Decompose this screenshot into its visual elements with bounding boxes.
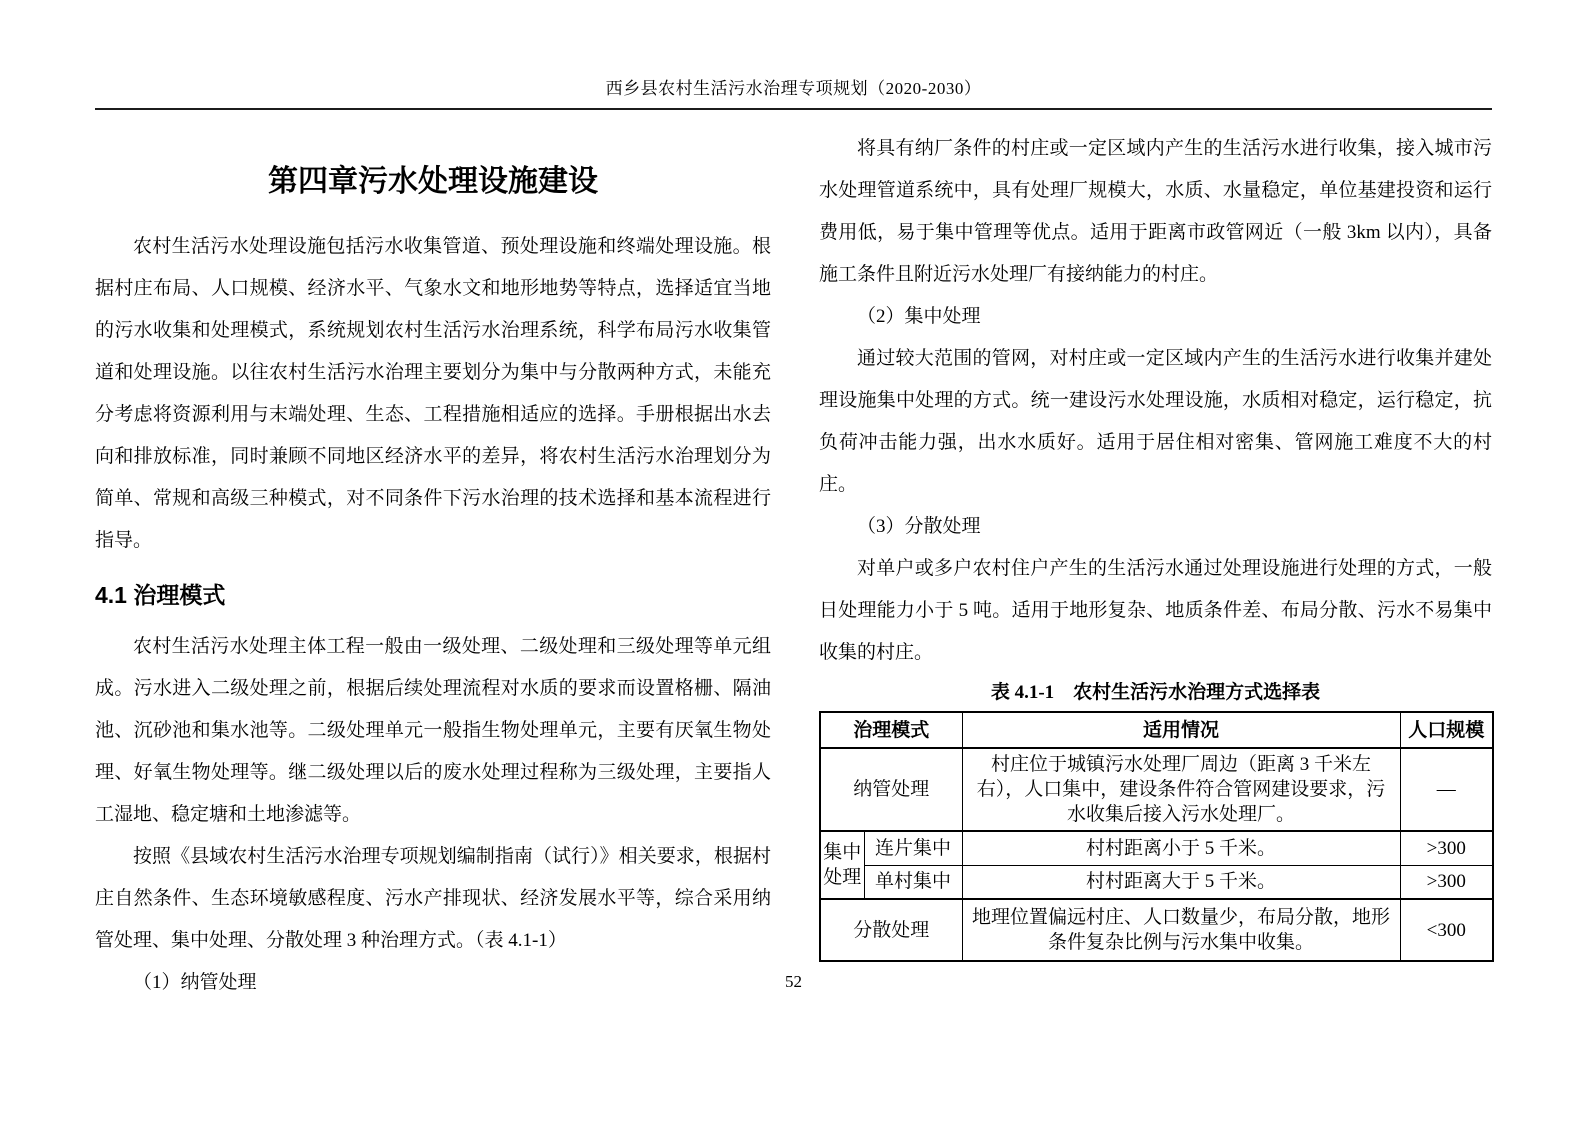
item-heading-2: （2）集中处理 <box>819 296 1492 338</box>
table-caption: 表 4.1-1 农村生活污水治理方式选择表 <box>819 680 1492 706</box>
table-row-dancun: 单村集中 村村距离大于 5 千米。 >300 <box>820 865 1493 899</box>
left-column: 第四章污水处理设施建设 农村生活污水处理设施包括污水收集管道、预处理设施和终端处… <box>95 128 771 1004</box>
paragraph-pipe-connection: 将具有纳厂条件的村庄或一定区域内产生的生活污水进行收集，接入城市污水处理管道系统… <box>819 128 1492 296</box>
paragraph-guideline: 按照《县域农村生活污水治理专项规划编制指南（试行）》相关要求，根据村庄自然条件、… <box>95 836 771 962</box>
cell-situation: 村村距离小于 5 千米。 <box>962 831 1400 865</box>
table-row-naguan: 纳管处理 村庄位于城镇污水处理厂周边（距离 3 千米左右），人口集中，建设条件符… <box>820 748 1493 831</box>
paragraph-intro: 农村生活污水处理设施包括污水收集管道、预处理设施和终端处理设施。根据村庄布局、人… <box>95 226 771 562</box>
paragraph-treatment-units: 农村生活污水处理主体工程一般由一级处理、二级处理和三级处理等单元组成。污水进入二… <box>95 626 771 836</box>
cell-mode: 连片集中 <box>864 831 962 865</box>
cell-mode-group: 集中处理 <box>820 831 864 899</box>
paragraph-centralized: 通过较大范围的管网，对村庄或一定区域内产生的生活污水进行收集并建处理设施集中处理… <box>819 338 1492 506</box>
cell-situation: 地理位置偏远村庄、人口数量少，布局分散，地形条件复杂比例与污水集中收集。 <box>962 899 1400 961</box>
document-page: 西乡县农村生活污水治理专项规划（2020-2030） 第四章污水处理设施建设 农… <box>0 0 1587 1122</box>
cell-population: — <box>1400 748 1493 831</box>
cell-mode: 单村集中 <box>864 865 962 899</box>
cell-mode: 分散处理 <box>820 899 962 961</box>
treatment-mode-table: 治理模式 适用情况 人口规模 纳管处理 村庄位于城镇污水处理厂周边（距离 3 千… <box>819 711 1494 962</box>
header-rule <box>95 108 1492 110</box>
table-row-lianpian: 集中处理 连片集中 村村距离小于 5 千米。 >300 <box>820 831 1493 865</box>
cell-situation: 村村距离大于 5 千米。 <box>962 865 1400 899</box>
table-header-row: 治理模式 适用情况 人口规模 <box>820 712 1493 748</box>
cell-population: <300 <box>1400 899 1493 961</box>
cell-mode: 纳管处理 <box>820 748 962 831</box>
cell-population: >300 <box>1400 865 1493 899</box>
table-row-fensan: 分散处理 地理位置偏远村庄、人口数量少，布局分散，地形条件复杂比例与污水集中收集… <box>820 899 1493 961</box>
chapter-title: 第四章污水处理设施建设 <box>95 162 771 202</box>
cell-population: >300 <box>1400 831 1493 865</box>
header-cell-situation: 适用情况 <box>962 712 1400 748</box>
page-number: 52 <box>0 972 1587 992</box>
paragraph-decentralized: 对单户或多户农村住户产生的生活污水通过处理设施进行处理的方式，一般日处理能力小于… <box>819 548 1492 674</box>
right-column: 将具有纳厂条件的村庄或一定区域内产生的生活污水进行收集，接入城市污水处理管道系统… <box>819 128 1492 962</box>
header-cell-population: 人口规模 <box>1400 712 1493 748</box>
cell-situation: 村庄位于城镇污水处理厂周边（距离 3 千米左右），人口集中，建设条件符合管网建设… <box>962 748 1400 831</box>
item-heading-3: （3）分散处理 <box>819 506 1492 548</box>
section-heading-4-1: 4.1 治理模式 <box>95 580 771 610</box>
running-header: 西乡县农村生活污水治理专项规划（2020-2030） <box>0 74 1587 99</box>
header-cell-mode: 治理模式 <box>820 712 962 748</box>
